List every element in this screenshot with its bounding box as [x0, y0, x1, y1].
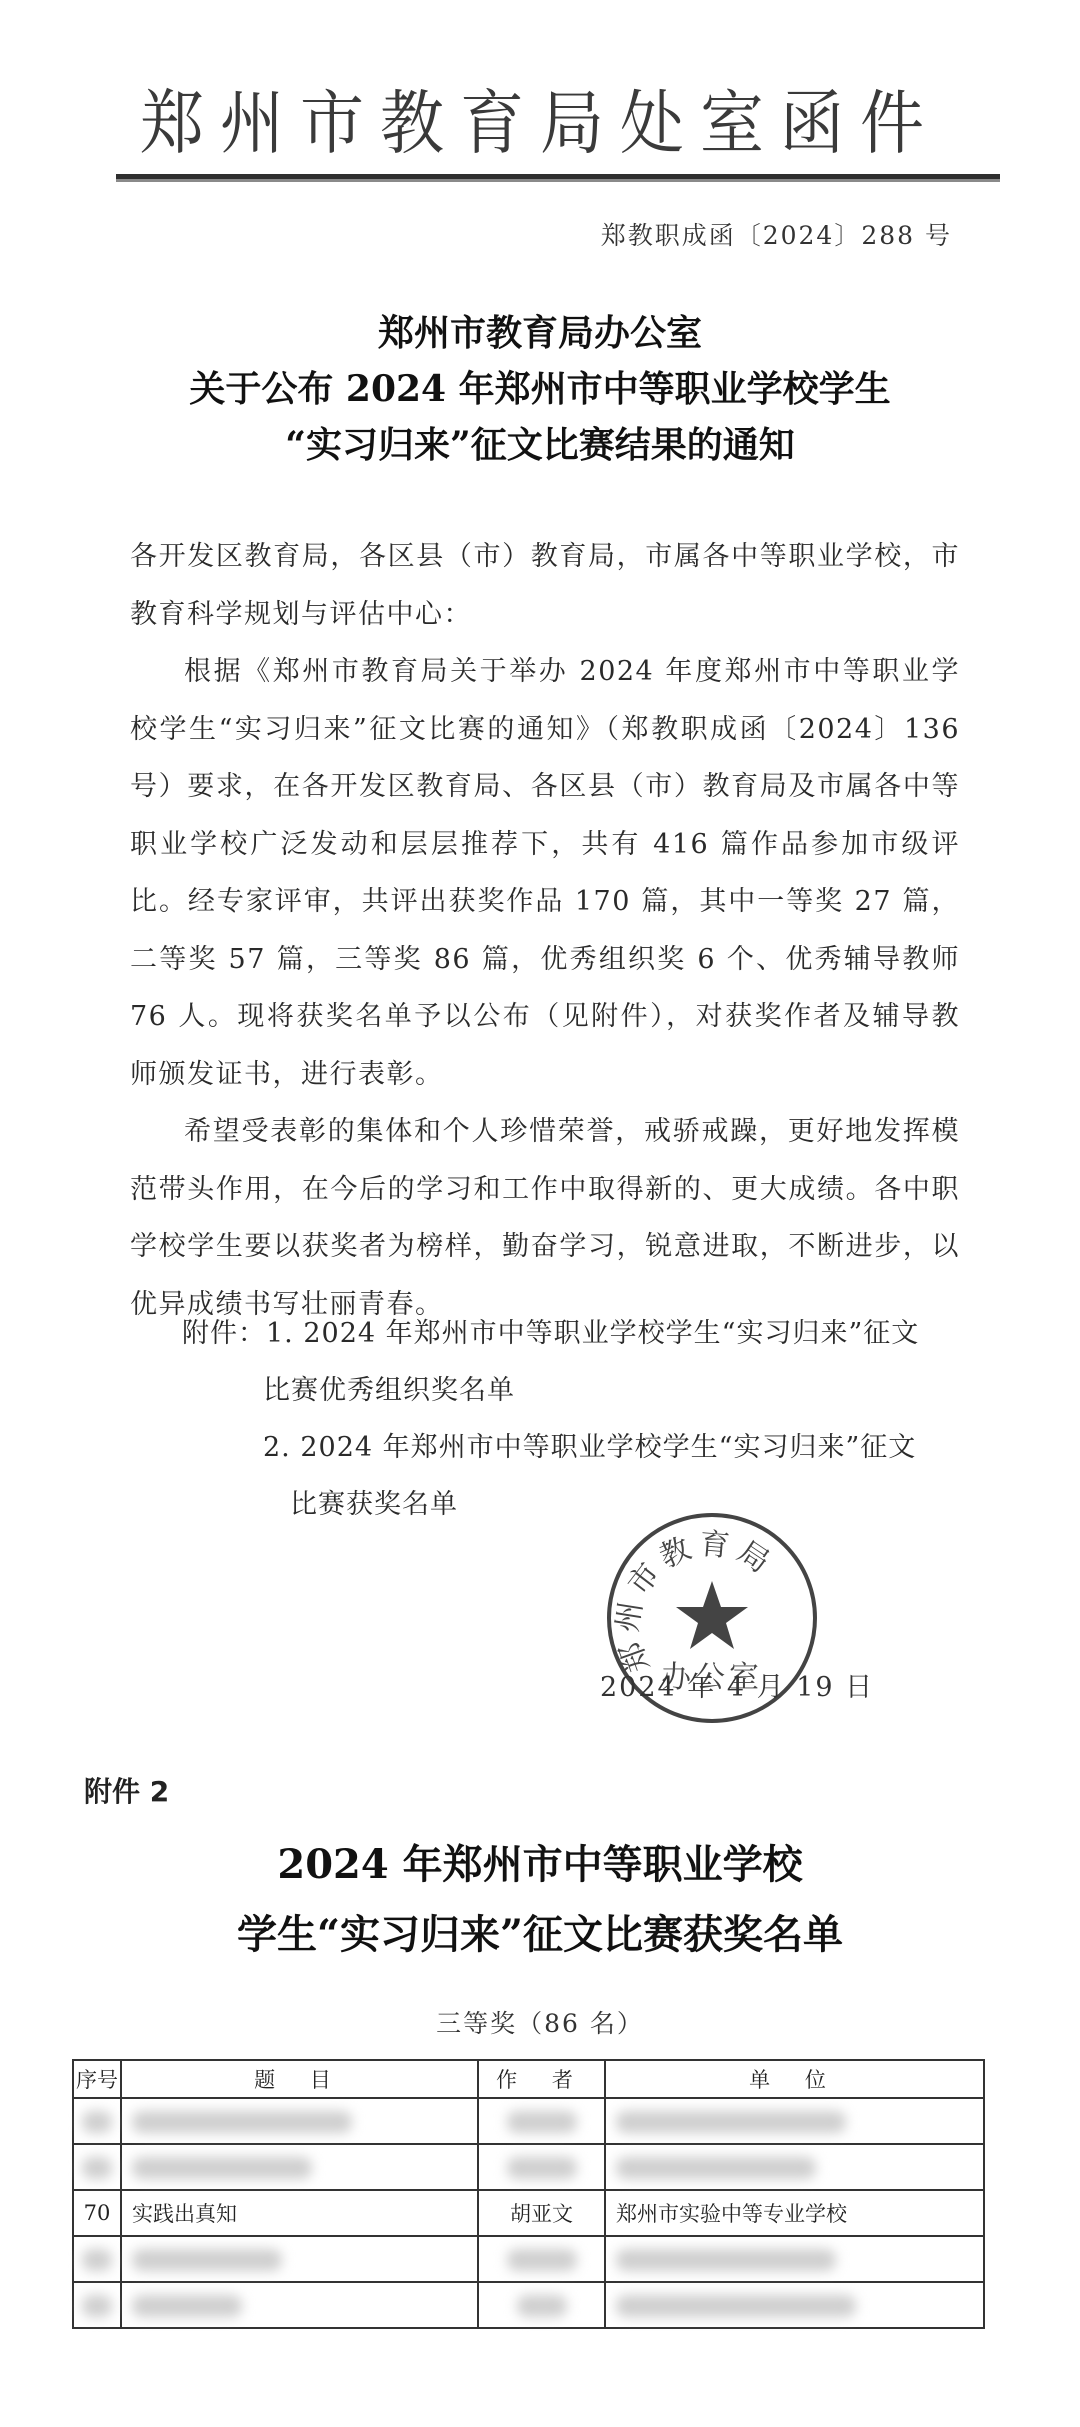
- redacted-cell: [73, 2282, 121, 2328]
- header-author: 作 者: [478, 2060, 605, 2098]
- table-row: [73, 2282, 984, 2328]
- table-header-row: 序号 题 目 作 者 单 位: [73, 2060, 984, 2098]
- attachment-item-2: 2. 2024 年郑州市中等职业学校学生“实习归来”征文: [182, 1419, 982, 1476]
- attachment-item-2-cont: 比赛获奖名单: [182, 1476, 982, 1533]
- notice-title-line1: 郑州市教育局办公室: [0, 305, 1080, 361]
- redacted-cell: [478, 2282, 605, 2328]
- attachments-label: 附件：: [182, 1318, 266, 1349]
- body-paragraph-2: 希望受表彰的集体和个人珍惜荣誉，戒骄戒躁，更好地发挥模范带头作用，在今后的学习和…: [130, 1103, 960, 1333]
- redacted-cell: [73, 2236, 121, 2282]
- svg-text:郑州市教育局: 郑州市教育局: [611, 1527, 781, 1677]
- attachment2-label: 附件 2: [84, 1770, 169, 1810]
- redacted-cell: [121, 2236, 478, 2282]
- table-row: [73, 2098, 984, 2144]
- addressee: 各开发区教育局，各区县（市）教育局，市属各中等职业学校，市教育科学规划与评估中心…: [130, 528, 960, 643]
- notice-title-line3: “实习归来”征文比赛结果的通知: [0, 417, 1080, 473]
- body-paragraph-1: 根据《郑州市教育局关于举办 2024 年度郑州市中等职业学校学生“实习归来”征文…: [130, 643, 960, 1103]
- redacted-cell: [605, 2282, 984, 2328]
- attachment-item-1: 附件：1. 2024 年郑州市中等职业学校学生“实习归来”征文: [182, 1305, 982, 1362]
- table-row: [73, 2236, 984, 2282]
- attachment2-title-line2: 学生“实习归来”征文比赛获奖名单: [0, 1900, 1080, 1970]
- redacted-cell: [73, 2098, 121, 2144]
- cell-unit: 郑州市实验中等专业学校: [605, 2190, 984, 2236]
- star-icon: [676, 1581, 748, 1649]
- awards-table: 序号 题 目 作 者 单 位 70 实践出真知 胡亚文 郑州市实验中等专业学校: [72, 2059, 985, 2329]
- redacted-cell: [121, 2282, 478, 2328]
- redacted-cell: [605, 2236, 984, 2282]
- redacted-cell: [605, 2144, 984, 2190]
- letterhead-title: 郑州市教育局处室函件: [0, 68, 1080, 167]
- redacted-cell: [478, 2098, 605, 2144]
- attachments-list: 附件：1. 2024 年郑州市中等职业学校学生“实习归来”征文 比赛优秀组织奖名…: [182, 1305, 982, 1533]
- attachment2-title-line1: 2024 年郑州市中等职业学校: [0, 1830, 1080, 1900]
- attachment-item-1-cont: 比赛优秀组织奖名单: [182, 1362, 982, 1419]
- notice-body: 各开发区教育局，各区县（市）教育局，市属各中等职业学校，市教育科学规划与评估中心…: [130, 528, 960, 1333]
- issue-date: 2024 年 4 月 19 日: [600, 1665, 874, 1704]
- cell-no: 70: [73, 2190, 121, 2236]
- table-row: [73, 2144, 984, 2190]
- redacted-cell: [605, 2098, 984, 2144]
- redacted-cell: [478, 2144, 605, 2190]
- header-unit: 单 位: [605, 2060, 984, 2098]
- letterhead-rule: [116, 174, 1000, 182]
- redacted-cell: [121, 2144, 478, 2190]
- document-number: 郑教职成函〔2024〕288 号: [601, 216, 952, 252]
- redacted-cell: [121, 2098, 478, 2144]
- award-level-heading: 三等奖（86 名）: [0, 2004, 1080, 2040]
- redacted-cell: [73, 2144, 121, 2190]
- notice-title: 郑州市教育局办公室 关于公布 2024 年郑州市中等职业学校学生 “实习归来”征…: [0, 305, 1080, 473]
- attachment2-title: 2024 年郑州市中等职业学校 学生“实习归来”征文比赛获奖名单: [0, 1830, 1080, 1970]
- cell-title: 实践出真知: [121, 2190, 478, 2236]
- header-title: 题 目: [121, 2060, 478, 2098]
- header-no: 序号: [73, 2060, 121, 2098]
- seal-ring-text: 郑州市教育局: [611, 1527, 781, 1677]
- table-row: 70 实践出真知 胡亚文 郑州市实验中等专业学校: [73, 2190, 984, 2236]
- notice-title-line2: 关于公布 2024 年郑州市中等职业学校学生: [0, 361, 1080, 417]
- redacted-cell: [478, 2236, 605, 2282]
- cell-author: 胡亚文: [478, 2190, 605, 2236]
